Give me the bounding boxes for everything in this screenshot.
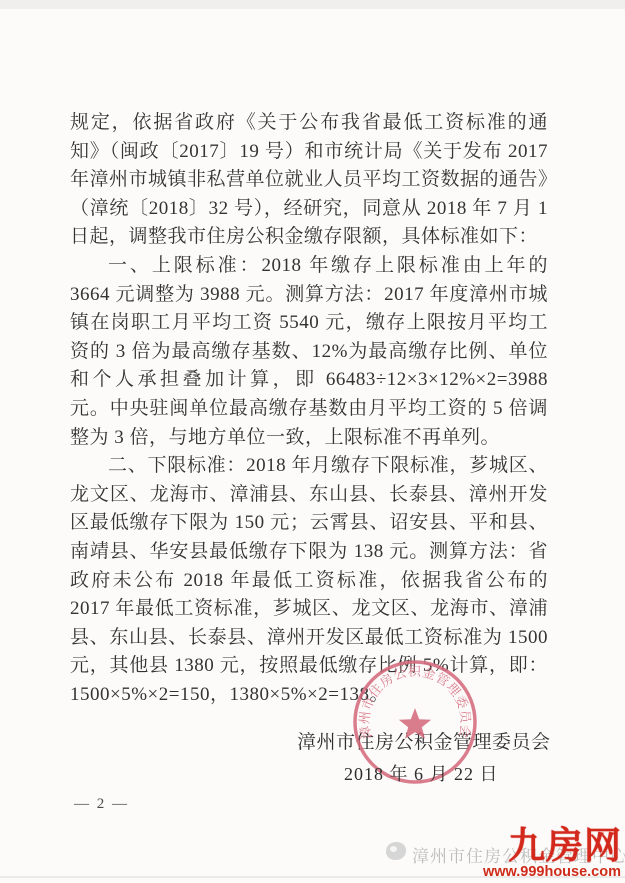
brand-logo-jiufangwang: 九房网 bbox=[508, 826, 622, 866]
watermark-source-icon bbox=[386, 842, 406, 860]
body-paragraph-upper-limit: 一、上限标准：2018 年缴存上限标准由上年的 3664 元调整为 3988 元… bbox=[70, 252, 548, 452]
signature-date: 2018 年 6 月 22 日 bbox=[344, 760, 494, 786]
body-paragraph-intro: 规定，依据省政府《关于公布我省最低工资标准的通知》（闽政〔2017〕19 号）和… bbox=[70, 109, 548, 252]
body-paragraph-lower-limit: 二、下限标准：2018 年月缴存下限标准，芗城区、龙文区、龙海市、漳浦县、东山县… bbox=[70, 452, 548, 709]
page-number: — 2 — bbox=[74, 796, 129, 813]
scan-edge-top bbox=[0, 0, 625, 9]
brand-url: www.999house.com bbox=[483, 864, 621, 880]
signature-organization: 漳州市住房公积金管理委员会 bbox=[297, 727, 537, 754]
document-body: 规定，依据省政府《关于公布我省最低工资标准的通知》（闽政〔2017〕19 号）和… bbox=[70, 109, 548, 709]
